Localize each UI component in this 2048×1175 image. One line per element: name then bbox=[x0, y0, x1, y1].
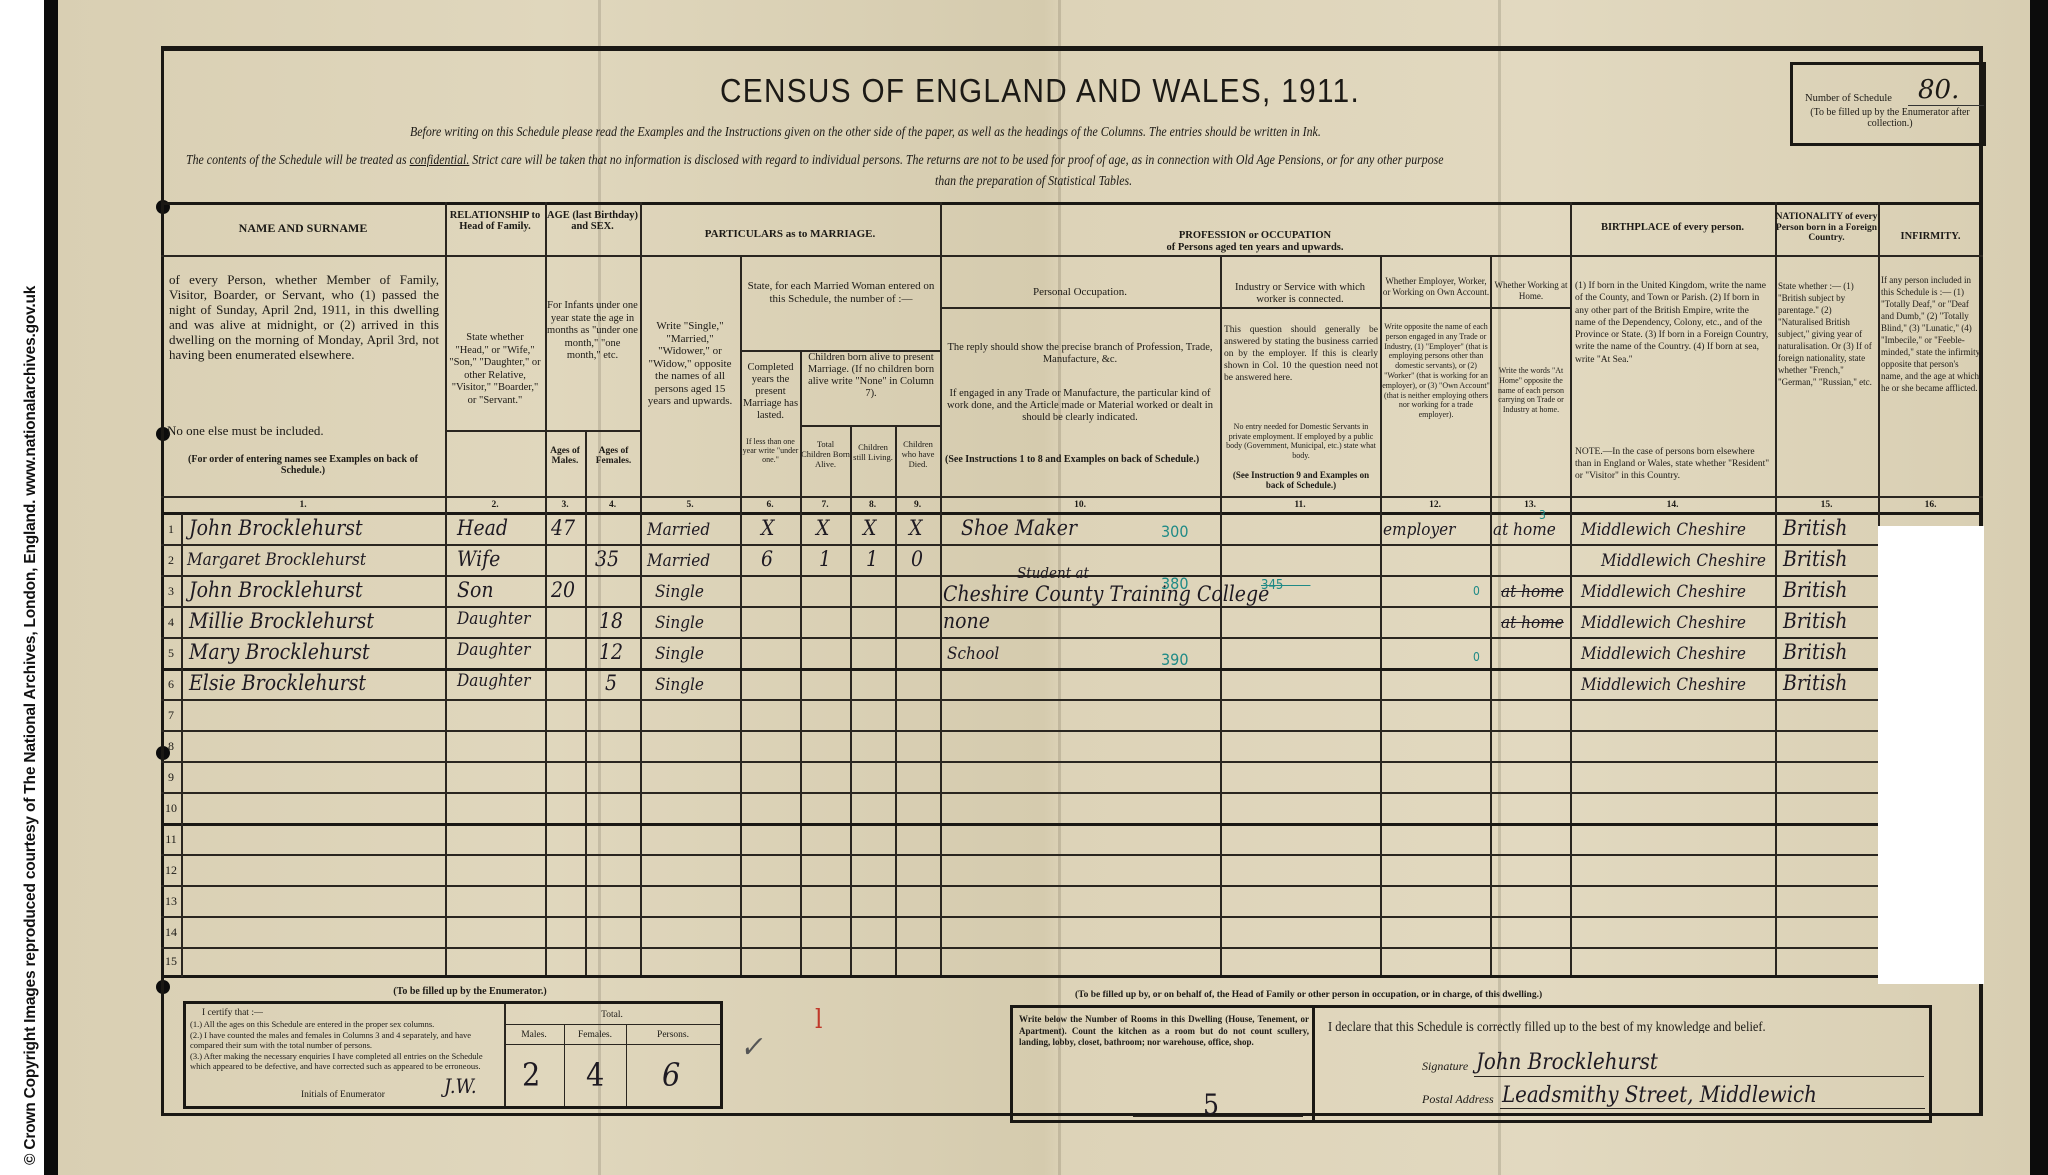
copyright-credit: © Crown Copyright Images reproduced cour… bbox=[22, 286, 40, 1165]
col-divider bbox=[445, 202, 447, 977]
age-female: 5 bbox=[605, 671, 617, 695]
header-years-married-note: If less than one year write "under one." bbox=[741, 437, 800, 464]
row-rule bbox=[161, 761, 1878, 763]
certify-label: I certify that :— bbox=[202, 1008, 263, 1019]
working-at-home: at home bbox=[1501, 613, 1564, 633]
header-occupation-desc2: If engaged in any Trade or Manufacture, … bbox=[945, 388, 1215, 424]
row-rule bbox=[161, 606, 1878, 608]
row-rule bbox=[161, 975, 1983, 978]
header-marriage: PARTICULARS as to MARRIAGE. bbox=[640, 228, 940, 241]
children-born: 1 bbox=[819, 547, 831, 571]
children-died: X bbox=[909, 516, 922, 540]
nationality: British bbox=[1783, 547, 1847, 571]
row-number: 10 bbox=[163, 801, 179, 816]
header-nationality-desc: State whether :— (1) "British subject by… bbox=[1778, 280, 1876, 388]
person-name: Margaret Brocklehurst bbox=[187, 550, 366, 570]
nationality: British bbox=[1783, 640, 1847, 664]
header-industry-desc3: (See Instruction 9 and Examples on back … bbox=[1224, 470, 1378, 490]
occupation-subtitle: of Persons aged ten years and upwards. bbox=[940, 242, 1570, 254]
children-born: X bbox=[816, 516, 829, 540]
schedule-number-label: Number of Schedule bbox=[1805, 93, 1892, 104]
confidential-line-2: than the preparation of Statistical Tabl… bbox=[935, 173, 1132, 189]
row-rule bbox=[161, 947, 1878, 949]
col-divider bbox=[1775, 202, 1777, 977]
rule bbox=[1570, 255, 1983, 257]
persons-label: Persons. bbox=[626, 1030, 720, 1041]
col-divider bbox=[640, 202, 642, 977]
form-title: CENSUS OF ENGLAND AND WALES, 1911. bbox=[720, 72, 1360, 110]
header-age-desc: For Infants under one year state the age… bbox=[547, 300, 638, 363]
header-employer-desc: Write opposite the name of each person e… bbox=[1382, 322, 1490, 420]
row-number: 4 bbox=[163, 615, 179, 630]
rule bbox=[161, 496, 1983, 498]
row-number: 3 bbox=[163, 584, 179, 599]
birthplace: Middlewich Cheshire bbox=[1581, 520, 1746, 540]
tick-mark: ✓ bbox=[740, 1030, 763, 1065]
occupation-line1: Student at bbox=[1017, 564, 1089, 582]
age-female: 12 bbox=[599, 640, 623, 664]
column-number: 14. bbox=[1570, 500, 1775, 514]
occupation-code: 380 bbox=[1161, 574, 1188, 593]
header-birthplace-note: NOTE.—In the case of persons born elsewh… bbox=[1575, 446, 1771, 482]
column-number: 10. bbox=[940, 500, 1220, 514]
age-male: 20 bbox=[551, 578, 575, 602]
enumerator-box: I certify that :— (1.) All the ages on t… bbox=[183, 1001, 723, 1109]
redacted-infirmity-column bbox=[1878, 526, 1984, 984]
column-number: 1. bbox=[161, 500, 445, 514]
header-name-desc3: (For order of entering names see Example… bbox=[167, 454, 439, 476]
header-birthplace: BIRTHPLACE of every person. bbox=[1570, 222, 1775, 234]
marital-status: Married bbox=[647, 551, 710, 571]
header-children-died: Children who have Died. bbox=[896, 439, 940, 469]
occupation: none bbox=[943, 609, 990, 633]
red-mark: l bbox=[815, 1005, 822, 1035]
person-name: Mary Brocklehurst bbox=[189, 640, 370, 664]
marital-status: Single bbox=[655, 675, 704, 695]
instruction-line: Before writing on this Schedule please r… bbox=[410, 124, 1321, 140]
occupation-title: PROFESSION or OCCUPATION bbox=[940, 230, 1570, 242]
employer-code: 0 bbox=[1473, 584, 1480, 598]
col-divider bbox=[1490, 255, 1492, 977]
address-label: Postal Address bbox=[1422, 1093, 1494, 1106]
row-number: 7 bbox=[163, 708, 179, 723]
header-occupation-desc3: (See Instructions 1 to 8 and Examples on… bbox=[945, 454, 1215, 465]
rule bbox=[161, 202, 1983, 205]
row-rule bbox=[161, 885, 1878, 887]
employment-status: employer bbox=[1383, 520, 1455, 540]
header-occupation: PROFESSION or OCCUPATION of Persons aged… bbox=[940, 230, 1570, 254]
row-number: 9 bbox=[163, 770, 179, 785]
row-rule bbox=[161, 730, 1878, 732]
signature-line bbox=[1474, 1076, 1924, 1077]
row-number-divider bbox=[181, 514, 183, 977]
column-number: 3. bbox=[545, 500, 585, 514]
header-children-desc: Children born alive to present Marriage.… bbox=[803, 352, 939, 400]
column-number: 11. bbox=[1220, 500, 1380, 514]
females-label: Females. bbox=[564, 1030, 626, 1041]
column-number: 9. bbox=[895, 500, 940, 514]
rooms-instruction: Write below the Number of Rooms in this … bbox=[1019, 1014, 1309, 1049]
row-rule bbox=[161, 823, 1878, 826]
copyright-sidebar: © Crown Copyright Images reproduced cour… bbox=[0, 0, 44, 1175]
nationality: British bbox=[1783, 671, 1847, 695]
birthplace: Middlewich Cheshire bbox=[1581, 582, 1746, 602]
census-table: NAME AND SURNAME of every Person, whethe… bbox=[161, 202, 1983, 977]
divider bbox=[504, 1044, 720, 1045]
header-birthplace-desc: (1) If born in the United Kingdom, write… bbox=[1575, 280, 1771, 366]
row-number: 11 bbox=[163, 832, 179, 847]
birthplace: Middlewich Cheshire bbox=[1581, 644, 1746, 664]
confidential-word: confidential. bbox=[410, 152, 470, 167]
schedule-number-value: 80. bbox=[1918, 75, 1959, 105]
header-ages-males: Ages of Males. bbox=[545, 446, 585, 466]
employer-code: 0 bbox=[1473, 650, 1480, 664]
marital-status: Married bbox=[647, 520, 710, 540]
signature-value: John Brocklehurst bbox=[1476, 1050, 1658, 1075]
column-number: 7. bbox=[800, 500, 850, 514]
schedule-number-line bbox=[1908, 105, 1984, 106]
relationship: Daughter bbox=[457, 671, 530, 691]
rule bbox=[585, 430, 640, 432]
occupation: Cheshire County Training College bbox=[943, 582, 1269, 606]
header-at-home: Whether Working at Home. bbox=[1492, 280, 1570, 301]
birthplace: Middlewich Cheshire bbox=[1601, 551, 1766, 571]
occupation: Shoe Maker bbox=[961, 516, 1077, 540]
males-label: Males. bbox=[504, 1030, 564, 1041]
row-number: 2 bbox=[163, 553, 179, 568]
at-home-code: 3 bbox=[1539, 508, 1546, 522]
header-children-living: Children still Living. bbox=[851, 442, 895, 462]
certify-item-2: (2.) I have counted the males and female… bbox=[190, 1030, 500, 1050]
relationship: Head bbox=[457, 516, 508, 540]
marital-status: Single bbox=[655, 644, 704, 664]
relationship: Daughter bbox=[457, 609, 530, 629]
row-rule bbox=[161, 699, 1878, 701]
enumerator-initials: J.W. bbox=[444, 1074, 477, 1098]
header-relationship-desc: State whether "Head," or "Wife," "Son," … bbox=[449, 332, 541, 407]
row-number: 6 bbox=[163, 677, 179, 692]
column-number: 2. bbox=[445, 500, 545, 514]
header-nationality: NATIONALITY of every Person born in a Fo… bbox=[1775, 212, 1878, 244]
header-relationship: RELATIONSHIP to Head of Family. bbox=[445, 210, 545, 232]
occupation-code: 300 bbox=[1161, 522, 1188, 541]
column-number: 4. bbox=[585, 500, 640, 514]
marital-status: Single bbox=[655, 613, 704, 633]
header-infirmity-desc: If any person included in this Schedule … bbox=[1881, 274, 1981, 394]
row-number: 13 bbox=[163, 894, 179, 909]
header-industry-desc1: This question should generally be answer… bbox=[1224, 324, 1378, 384]
row-number: 14 bbox=[163, 925, 179, 940]
row-number: 5 bbox=[163, 646, 179, 661]
header-name: NAME AND SURNAME bbox=[161, 222, 445, 235]
initials-label: Initials of Enumerator bbox=[301, 1090, 411, 1101]
total-females: 4 bbox=[586, 1056, 604, 1094]
column-number: 15. bbox=[1775, 500, 1878, 514]
working-at-home: at home bbox=[1501, 582, 1564, 602]
header-employer: Whether Employer, Worker, or Working on … bbox=[1382, 276, 1490, 297]
enumerator-heading: (To be filled up by the Enumerator.) bbox=[330, 985, 610, 998]
person-name: John Brocklehurst bbox=[189, 516, 363, 540]
marital-status: Single bbox=[655, 582, 704, 602]
occupation-code: 390 bbox=[1161, 650, 1188, 669]
birthplace: Middlewich Cheshire bbox=[1581, 675, 1746, 695]
column-number: 8. bbox=[850, 500, 895, 514]
header-industry: Industry or Service with which worker is… bbox=[1222, 282, 1378, 306]
row-number: 15 bbox=[163, 954, 179, 969]
header-marriage-status-desc: Write "Single," "Married," "Widower," or… bbox=[643, 320, 737, 408]
schedule-number-note: (To be filled up by the Enumerator after… bbox=[1799, 107, 1981, 129]
industry-struck: 345 —— bbox=[1261, 578, 1310, 593]
header-ages-females: Ages of Females. bbox=[587, 446, 640, 466]
relationship: Wife bbox=[457, 547, 500, 571]
nationality: British bbox=[1783, 609, 1847, 633]
rooms-box: Write below the Number of Rooms in this … bbox=[1010, 1005, 1315, 1123]
scan-edge-left bbox=[44, 0, 58, 1175]
rule bbox=[940, 307, 1390, 309]
header-industry-desc2: No entry needed for Domestic Servants in… bbox=[1224, 422, 1378, 460]
header-personal-occupation: Personal Occupation. bbox=[940, 286, 1220, 299]
relationship: Daughter bbox=[457, 640, 530, 660]
address-line bbox=[1500, 1108, 1925, 1109]
header-name-desc2: No one else must be included. bbox=[167, 424, 437, 437]
person-name: Millie Brocklehurst bbox=[189, 609, 374, 633]
col-divider bbox=[1220, 255, 1222, 977]
certify-item-1: (1.) All the ages on this Schedule are e… bbox=[190, 1019, 500, 1029]
divider bbox=[504, 1024, 720, 1025]
row-rule bbox=[161, 916, 1878, 918]
signature-label: Signature bbox=[1422, 1060, 1468, 1073]
nationality: British bbox=[1783, 516, 1847, 540]
scan-edge-right bbox=[2030, 0, 2048, 1175]
total-males: 2 bbox=[522, 1056, 540, 1094]
years-married: X bbox=[761, 516, 774, 540]
row-number: 8 bbox=[163, 739, 179, 754]
header-married-woman-desc: State, for each Married Woman entered on… bbox=[743, 280, 939, 305]
row-rule bbox=[161, 637, 1878, 639]
rooms-line bbox=[1133, 1116, 1303, 1117]
header-age: AGE (last Birthday) and SEX. bbox=[545, 210, 640, 232]
person-name: John Brocklehurst bbox=[189, 578, 363, 602]
col-divider bbox=[1570, 202, 1572, 977]
years-married: 6 bbox=[761, 547, 773, 571]
occupation: School bbox=[947, 644, 999, 664]
row-rule bbox=[161, 668, 1878, 671]
address-value: Leadsmithy Street, Middlewich bbox=[1502, 1083, 1817, 1108]
row-number: 12 bbox=[163, 863, 179, 878]
header-occupation-desc1: The reply should show the precise branch… bbox=[945, 342, 1215, 366]
column-number: 5. bbox=[640, 500, 740, 514]
nationality: British bbox=[1783, 578, 1847, 602]
header-years-married: Completed years the present Marriage has… bbox=[741, 362, 800, 422]
row-rule bbox=[161, 792, 1878, 794]
relationship: Son bbox=[457, 578, 494, 602]
confidential-text: The contents of the Schedule will be tre… bbox=[186, 152, 407, 167]
rule bbox=[1380, 307, 1570, 309]
certify-item-3: (3.) After making the necessary enquirie… bbox=[190, 1051, 500, 1071]
header-total-children: Total Children Born Alive. bbox=[801, 439, 850, 469]
total-label: Total. bbox=[504, 1010, 720, 1021]
children-died: 0 bbox=[911, 547, 923, 571]
head-section-heading: (To be filled up by, or on behalf of, th… bbox=[1075, 989, 1875, 1002]
confidential-line: The contents of the Schedule will be tre… bbox=[186, 152, 1444, 168]
children-living: X bbox=[863, 516, 876, 540]
total-persons: 6 bbox=[662, 1056, 680, 1094]
row-rule bbox=[161, 544, 1878, 546]
header-infirmity: INFIRMITY. bbox=[1878, 230, 1983, 243]
row-number: 1 bbox=[163, 522, 179, 537]
declaration-box: I declare that this Schedule is correctl… bbox=[1312, 1005, 1932, 1123]
header-name-desc: of every Person, whether Member of Famil… bbox=[169, 272, 439, 362]
column-number: 12. bbox=[1380, 500, 1490, 514]
birthplace: Middlewich Cheshire bbox=[1581, 613, 1746, 633]
rule bbox=[445, 430, 585, 432]
children-living: 1 bbox=[866, 547, 878, 571]
row-rule bbox=[161, 854, 1878, 856]
column-number: 13. bbox=[1490, 500, 1570, 514]
column-number: 16. bbox=[1878, 500, 1983, 514]
working-at-home: at home bbox=[1493, 520, 1556, 540]
rule bbox=[800, 425, 940, 427]
age-male: 47 bbox=[551, 516, 575, 540]
header-at-home-desc: Write the words "At Home" opposite the n… bbox=[1492, 366, 1570, 415]
col-divider bbox=[940, 202, 942, 977]
schedule-number-box: Number of Schedule 80. (To be filled up … bbox=[1790, 62, 1986, 146]
confidential-text-rest: Strict care will be taken that no inform… bbox=[472, 152, 1443, 167]
age-female: 18 bbox=[599, 609, 623, 633]
declaration-text: I declare that this Schedule is correctl… bbox=[1328, 1020, 1880, 1033]
person-name: Elsie Brocklehurst bbox=[189, 671, 366, 695]
column-number: 6. bbox=[740, 500, 800, 514]
age-female: 35 bbox=[595, 547, 619, 571]
